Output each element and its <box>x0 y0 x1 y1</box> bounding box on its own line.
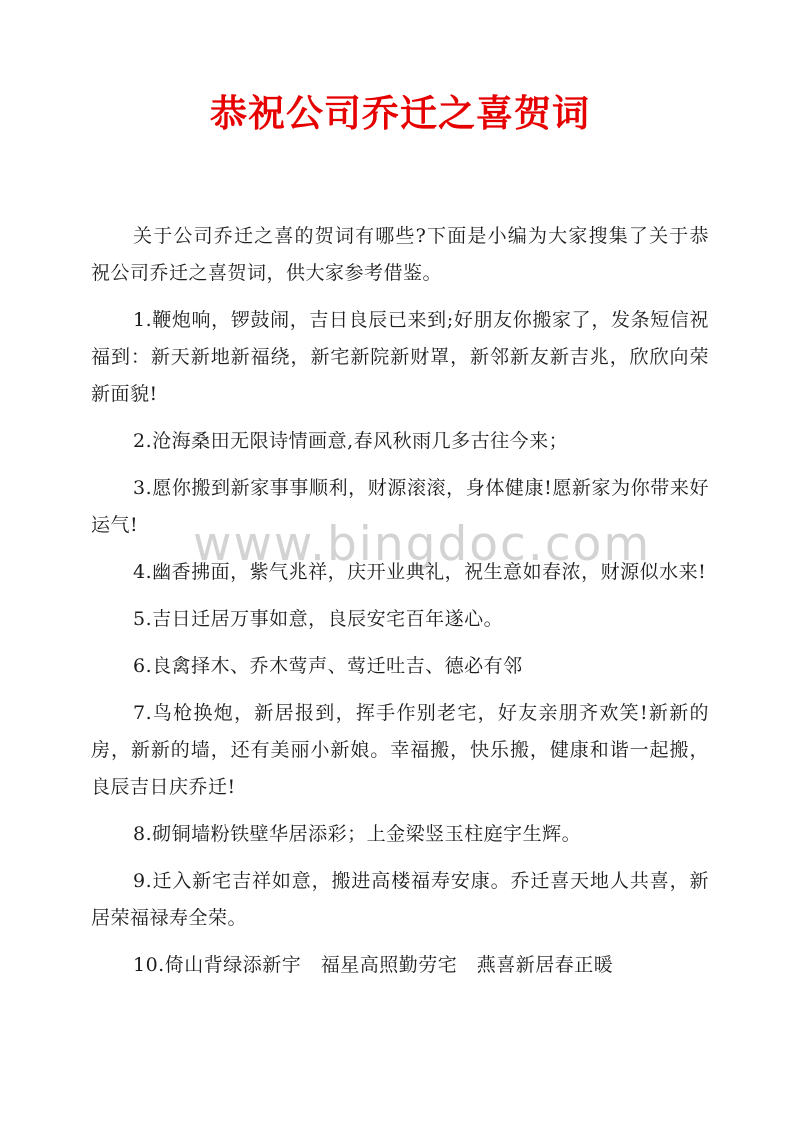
list-item-4: 4.幽香拂面，紫气兆祥，庆开业典礼，祝生意如春浓，财源似水来! <box>91 554 709 591</box>
list-item-1: 1.鞭炮响，锣鼓闹，吉日良辰已来到;好朋友你搬家了，发条短信祝福到：新天新地新福… <box>91 302 709 413</box>
document-body: 关于公司乔迁之喜的贺词有哪些?下面是小编为大家搜集了关于恭祝公司乔迁之喜贺词，供… <box>91 218 709 984</box>
list-item-7: 7.鸟枪换炮，新居报到，挥手作别老宅，好友亲朋齐欢笑!新新的房，新新的墙，还有美… <box>91 695 709 806</box>
list-item-6: 6.良禽择木、乔木莺声、莺迁吐吉、德必有邻 <box>91 648 709 685</box>
list-item-3: 3.愿你搬到新家事事顺利，财源滚滚，身体健康!愿新家为你带来好运气! <box>91 470 709 544</box>
list-item-8: 8.砌铜墙粉铁壁华居添彩；上金梁竖玉柱庭宇生辉。 <box>91 816 709 853</box>
document-page: www.bingdoc.com 恭祝公司乔迁之喜贺词 关于公司乔迁之喜的贺词有哪… <box>0 0 800 1132</box>
intro-paragraph: 关于公司乔迁之喜的贺词有哪些?下面是小编为大家搜集了关于恭祝公司乔迁之喜贺词，供… <box>91 218 709 292</box>
list-item-10: 10.倚山背绿添新宇 福星高照勤劳宅 燕喜新居春正暖 <box>91 947 709 984</box>
list-item-9: 9.迁入新宅吉祥如意，搬进高楼福寿安康。乔迁喜天地人共喜，新居荣福禄寿全荣。 <box>91 863 709 937</box>
list-item-5: 5.吉日迁居万事如意，良辰安宅百年遂心。 <box>91 601 709 638</box>
document-title: 恭祝公司乔迁之喜贺词 <box>91 91 709 135</box>
list-item-2: 2.沧海桑田无限诗情画意,春风秋雨几多古往今来； <box>91 423 709 460</box>
